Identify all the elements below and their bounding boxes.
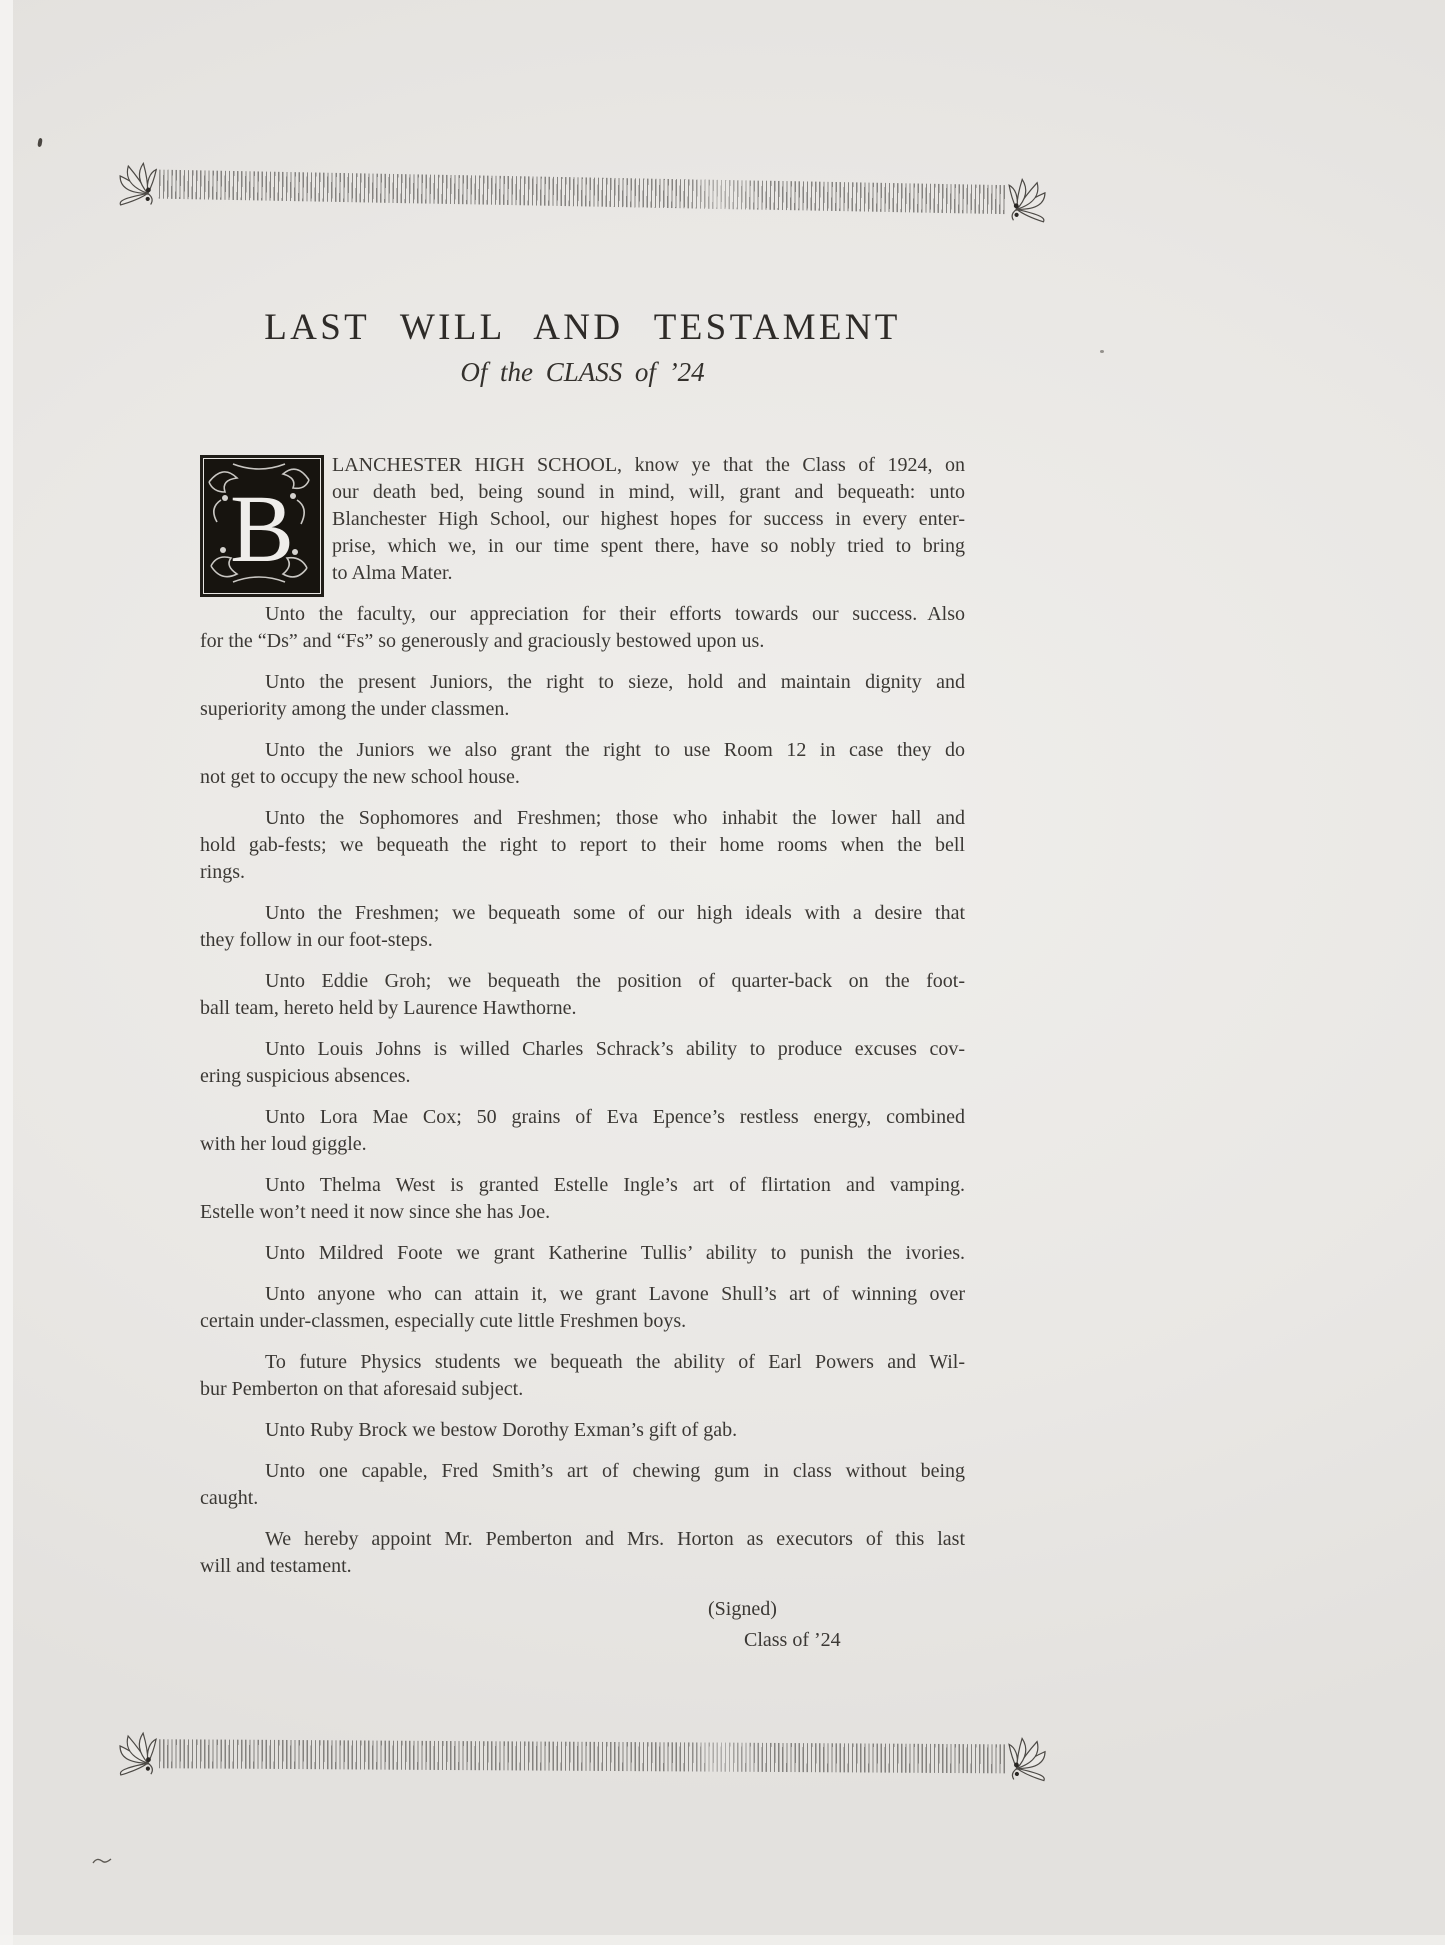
text-line: superiority among the under classmen. xyxy=(200,696,965,723)
text-line: Unto the Sophomores and Freshmen; those … xyxy=(200,805,965,832)
signed-label: (Signed) xyxy=(708,1594,965,1625)
text-line: caught. xyxy=(200,1485,965,1512)
text-line: Unto Thelma West is granted Estelle Ingl… xyxy=(200,1172,965,1199)
text-line: bur Pemberton on that aforesaid subject. xyxy=(200,1376,965,1403)
text-line: hold gab-fests; we bequeath the right to… xyxy=(200,832,965,859)
scan-edge-left xyxy=(0,0,13,1945)
text-line: Unto the present Juniors, the right to s… xyxy=(200,669,965,696)
opening-paragraph: B LANCHESTER HIGH SCHOOL, know ye that t… xyxy=(200,452,965,587)
text-line: not get to occupy the new school house. xyxy=(200,764,965,791)
text-line: Unto Ruby Brock we bestow Dorothy Exman’… xyxy=(200,1417,965,1444)
text-line: Unto the Juniors we also grant the right… xyxy=(200,737,965,764)
bottom-ornamental-rule xyxy=(125,1736,1040,1776)
paragraph: Unto anyone who can attain it, we grant … xyxy=(200,1281,965,1335)
text-line: Estelle won’t need it now since she has … xyxy=(200,1199,965,1226)
paragraph: Unto the Juniors we also grant the right… xyxy=(200,737,965,791)
paragraph: Unto Mildred Foote we grant Katherine Tu… xyxy=(200,1240,965,1267)
top-ornamental-rule xyxy=(125,166,1040,217)
text-line: ball team, hereto held by Laurence Hawth… xyxy=(200,995,965,1022)
paragraph: Unto Lora Mae Cox; 50 grains of Eva Epen… xyxy=(200,1104,965,1158)
paragraph: Unto Ruby Brock we bestow Dorothy Exman’… xyxy=(200,1417,965,1444)
text-line: will and testament. xyxy=(200,1553,965,1580)
text-line: Unto the faculty, our appreciation for t… xyxy=(200,601,965,628)
striped-rule-band xyxy=(159,1739,1006,1773)
paragraph: Unto the Freshmen; we bequeath some of o… xyxy=(200,900,965,954)
yearbook-page: { "document": { "title": "LAST WILL AND … xyxy=(0,0,1445,1945)
paragraph-list: Unto the faculty, our appreciation for t… xyxy=(200,601,965,1580)
signature-class-label: Class of ’24 xyxy=(744,1625,965,1656)
text-line: with her loud giggle. xyxy=(200,1131,965,1158)
text-line: Unto one capable, Fred Smith’s art of ch… xyxy=(200,1458,965,1485)
page-subtitle: Of the CLASS of ’24 xyxy=(200,357,965,388)
dropcap-letter: B xyxy=(203,460,321,596)
text-line: ering suspicious absences. xyxy=(200,1063,965,1090)
text-line: rings. xyxy=(200,859,965,886)
paragraph: Unto Louis Johns is willed Charles Schra… xyxy=(200,1036,965,1090)
paragraph: We hereby appoint Mr. Pemberton and Mrs.… xyxy=(200,1526,965,1580)
body-text-column: B LANCHESTER HIGH SCHOOL, know ye that t… xyxy=(200,452,965,1656)
fan-ornament-icon xyxy=(1007,176,1048,223)
page-title: LAST WILL AND TESTAMENT xyxy=(200,306,965,349)
scan-speck xyxy=(1100,350,1104,353)
scan-speck xyxy=(37,138,43,148)
striped-rule-band xyxy=(159,170,1006,215)
fan-ornament-icon xyxy=(1008,1735,1048,1781)
text-line: for the “Ds” and “Fs” so generously and … xyxy=(200,628,965,655)
text-line: Unto Lora Mae Cox; 50 grains of Eva Epen… xyxy=(200,1104,965,1131)
text-line: they follow in our foot-steps. xyxy=(200,927,965,954)
text-line: Unto Eddie Groh; we bequeath the positio… xyxy=(200,968,965,995)
text-line: certain under-classmen, especially cute … xyxy=(200,1308,965,1335)
text-line: Unto Louis Johns is willed Charles Schra… xyxy=(200,1036,965,1063)
paragraph: Unto one capable, Fred Smith’s art of ch… xyxy=(200,1458,965,1512)
text-line: Unto the Freshmen; we bequeath some of o… xyxy=(200,900,965,927)
text-line: Unto Mildred Foote we grant Katherine Tu… xyxy=(200,1240,965,1267)
text-line: Unto anyone who can attain it, we grant … xyxy=(200,1281,965,1308)
pencil-squiggle-mark xyxy=(92,1856,112,1866)
paragraph: Unto the present Juniors, the right to s… xyxy=(200,669,965,723)
fan-ornament-icon xyxy=(117,1730,157,1776)
scan-edge-bottom xyxy=(0,1935,1445,1945)
text-line: We hereby appoint Mr. Pemberton and Mrs.… xyxy=(200,1526,965,1553)
fan-ornament-icon xyxy=(117,160,158,207)
signature-block: (Signed) Class of ’24 xyxy=(708,1594,965,1656)
paragraph: To future Physics students we bequeath t… xyxy=(200,1349,965,1403)
paragraph: Unto the Sophomores and Freshmen; those … xyxy=(200,805,965,886)
paragraph: Unto Eddie Groh; we bequeath the positio… xyxy=(200,968,965,1022)
ornate-initial-b: B xyxy=(200,455,324,597)
paragraph: Unto the faculty, our appreciation for t… xyxy=(200,601,965,655)
paragraph: Unto Thelma West is granted Estelle Ingl… xyxy=(200,1172,965,1226)
text-line: To future Physics students we bequeath t… xyxy=(200,1349,965,1376)
